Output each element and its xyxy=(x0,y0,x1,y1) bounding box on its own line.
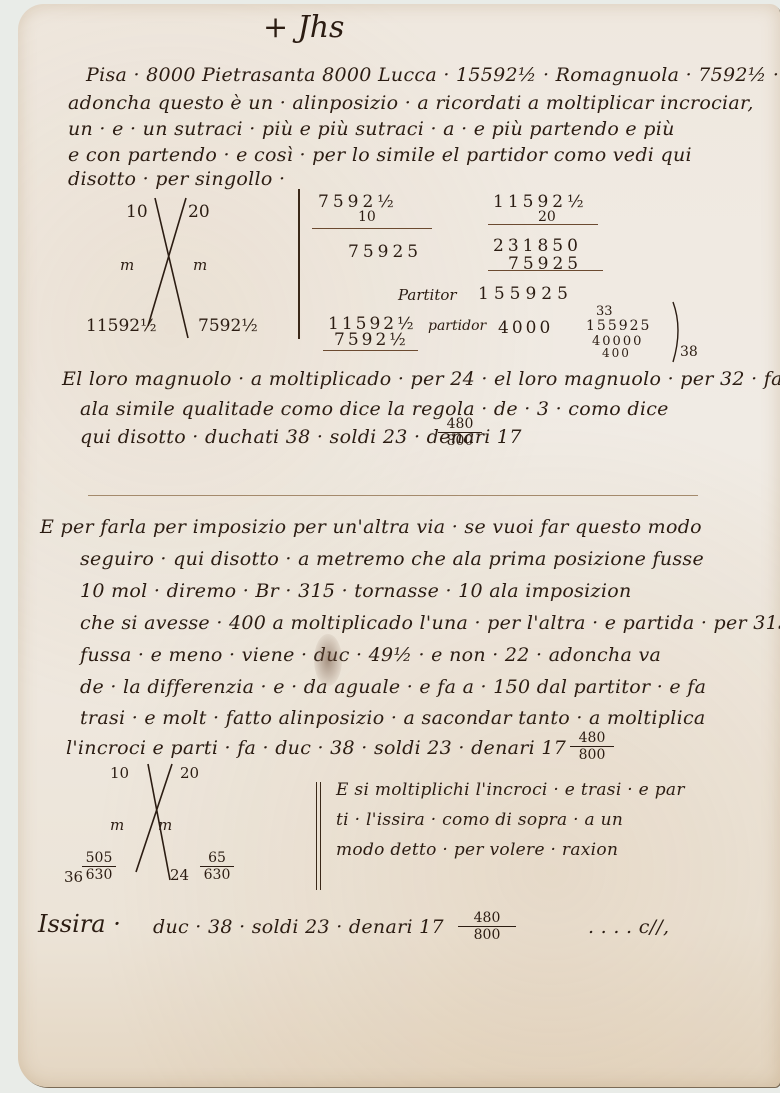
mult-a-result: 75925 xyxy=(348,242,422,262)
fraction-numerator: 480 xyxy=(438,416,482,432)
rule xyxy=(488,224,598,225)
diagram-mid-right: m xyxy=(193,256,207,274)
partidor-value: 4000 xyxy=(498,318,553,338)
rule xyxy=(323,350,418,351)
text-line: Pisa · 8000 Pietrasanta 8000 Lucca · 155… xyxy=(86,64,779,86)
final-label: Issira · xyxy=(38,910,121,938)
fraction-denominator: 800 xyxy=(458,926,516,943)
partidor-label: partidor xyxy=(428,318,486,334)
text-line: disotto · per singollo · xyxy=(68,168,285,190)
section-divider xyxy=(88,495,698,496)
final-text: duc · 38 · soldi 23 · denari 17 xyxy=(153,916,444,938)
ink-stain xyxy=(314,634,342,686)
text-line: ti · l'issira · como di sopra · a un xyxy=(336,810,623,830)
fraction-numerator: 480 xyxy=(570,730,614,746)
fraction-numerator: 505 xyxy=(82,850,116,866)
fraction-denominator: 630 xyxy=(200,866,234,883)
final-ending: . . . . c//, xyxy=(588,916,669,938)
division-carries: 33 xyxy=(596,304,613,319)
cross-lines-icon xyxy=(18,4,19,5)
fraction-numerator: 65 xyxy=(200,850,234,866)
text-line: ala simile qualitade como dice la regola… xyxy=(80,398,669,420)
text-line: modo detto · per volere · raxion xyxy=(336,840,618,860)
mult-a-multiplier: 10 xyxy=(358,209,376,225)
division-divisor-2: 400 xyxy=(602,346,631,360)
text-line: El loro magnuolo · a moltiplicado · per … xyxy=(62,368,780,390)
diagram-bottom-right-whole: 24 xyxy=(170,866,189,884)
text-line: un · e · un sutraci · più e più sutraci … xyxy=(68,118,675,140)
page-heading: + Jhs xyxy=(263,10,344,45)
manuscript-page: + Jhs Pisa · 8000 Pietrasanta 8000 Lucca… xyxy=(18,4,780,1087)
diagram-bottom-right: 7592½ xyxy=(198,316,258,336)
diagram-top-left: 10 xyxy=(110,764,129,782)
add-b: 7592½ xyxy=(334,330,409,350)
text-line: l'incroci e parti · fa · duc · 38 · sold… xyxy=(66,737,566,759)
mult-b-result-1: 231850 xyxy=(493,236,582,256)
diagram-bottom-left: 11592½ xyxy=(86,316,157,336)
rule xyxy=(488,270,603,271)
text-line: adoncha questo è un · alinposizio · a ri… xyxy=(68,92,754,114)
division-quotient: 38 xyxy=(680,344,698,360)
text-line: che si avesse · 400 a moltiplicado l'una… xyxy=(80,612,780,634)
fraction: 480 800 xyxy=(458,910,516,943)
fraction-denominator: 800 xyxy=(570,746,614,763)
fraction: 505 630 xyxy=(82,850,116,883)
diagram-mid-right: m xyxy=(158,816,172,834)
text-line: E si moltiplichi l'incroci · e trasi · e… xyxy=(336,780,685,800)
diagram-mid-left: m xyxy=(120,256,134,274)
fraction-denominator: 630 xyxy=(82,866,116,883)
fraction: 480 800 xyxy=(570,730,614,763)
diagram-top-left: 10 xyxy=(126,202,148,222)
column-divider xyxy=(316,782,317,890)
text-line: 10 mol · diremo · Br · 315 · tornasse · … xyxy=(80,580,632,602)
text-line: trasi · e molt · fatto alinposizio · a s… xyxy=(80,707,706,729)
sum-label: Partitor xyxy=(398,286,457,304)
diagram-mid-left: m xyxy=(110,816,124,834)
mult-b-result-2: 75925 xyxy=(508,254,582,274)
text-line: de · la differenzia · e · da aguale · e … xyxy=(80,676,706,698)
text-line: fussa · e meno · viene · duc · 49½ · e n… xyxy=(80,644,661,666)
mult-b-multiplier: 20 xyxy=(538,209,556,225)
diagram-top-right: 20 xyxy=(180,764,199,782)
text-line: e con partendo · e così · per lo simile … xyxy=(68,144,692,166)
rule xyxy=(312,228,432,229)
diagram-bottom-left-whole: 36 xyxy=(64,868,83,886)
text-line: E per farla per imposizio per un'altra v… xyxy=(40,516,702,538)
fraction-denominator: 800 xyxy=(438,432,482,449)
fraction: 65 630 xyxy=(200,850,234,883)
fraction-numerator: 480 xyxy=(458,910,516,926)
fraction: 480 800 xyxy=(438,416,482,449)
text-line: seguiro · qui disotto · a metremo che al… xyxy=(80,548,704,570)
diagram-top-right: 20 xyxy=(188,202,210,222)
sum-value: 155925 xyxy=(478,284,573,304)
division-dividend: 155925 xyxy=(586,318,651,334)
column-divider xyxy=(320,782,321,890)
column-divider xyxy=(298,189,300,339)
